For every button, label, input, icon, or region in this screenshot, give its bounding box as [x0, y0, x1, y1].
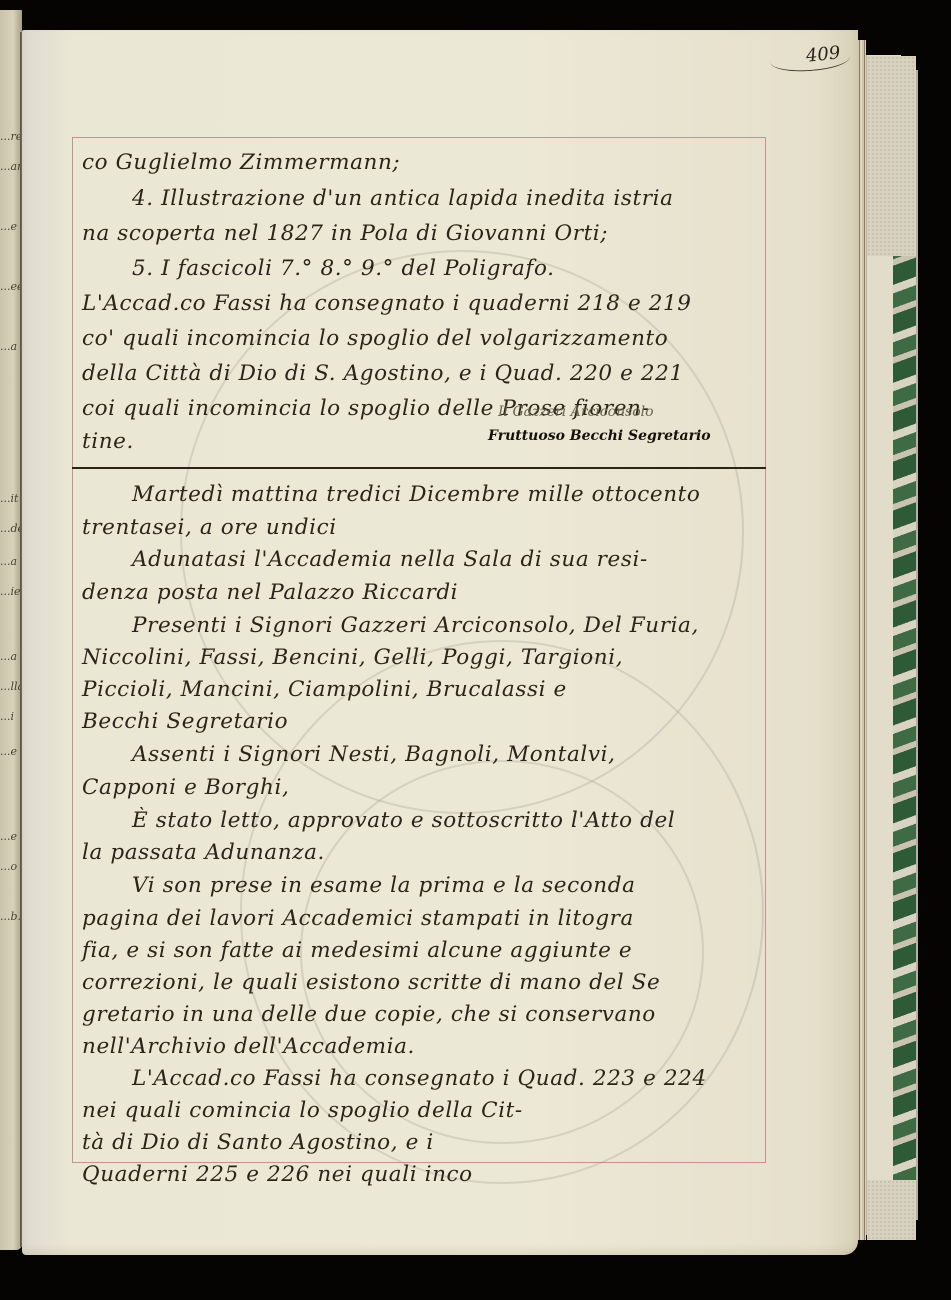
text-line: trentasei, a ore undici — [82, 515, 762, 540]
left-page-fragment: ...a — [0, 340, 17, 353]
left-page-fragment: ...re — [0, 130, 22, 143]
signature-secretary: Fruttuoso Becchi Segretario — [488, 428, 711, 444]
left-page-fragment: ...b. — [0, 910, 21, 923]
text-line: fia, e si son fatte ai medesimi alcune a… — [82, 938, 762, 963]
text-line: gretario in una delle due copie, che si … — [82, 1002, 762, 1027]
left-page-fragment: ...o — [0, 860, 17, 873]
cover-corner-top — [867, 56, 916, 256]
cover-corner-bottom — [867, 1180, 916, 1240]
left-page-fragment: ...e — [0, 220, 17, 233]
text-line: la passata Adunanza. — [82, 840, 762, 865]
text-line: 5. I fascicoli 7.° 8.° 9.° del Poligrafo… — [82, 256, 762, 281]
text-line: È stato letto, approvato e sottoscritto … — [82, 808, 762, 833]
text-line: coi quali incomincia lo spoglio delle Pr… — [82, 396, 762, 421]
text-line: Capponi e Borghi, — [82, 775, 762, 800]
text-line: L'Accad.co Fassi ha consegnato i Quad. 2… — [82, 1066, 762, 1091]
previous-page-edge: ...re ...am ...e ...ee, ...a ...it ...de… — [0, 10, 22, 1250]
text-line: Piccioli, Mancini, Ciampolini, Brucalass… — [82, 677, 762, 702]
left-page-fragment: ...e — [0, 830, 17, 843]
left-page-fragment: ...a — [0, 650, 17, 663]
text-line: Quaderni 225 e 226 nei quali inco — [82, 1162, 762, 1187]
left-page-fragment: ...e — [0, 745, 17, 758]
text-line: Assenti i Signori Nesti, Bagnoli, Montal… — [82, 742, 762, 767]
text-line: Vi son prese in esame la prima e la seco… — [82, 873, 762, 898]
text-line: 4. Illustrazione d'un antica lapida ined… — [82, 186, 762, 211]
marbled-cover-edge — [893, 70, 918, 1220]
text-line: tà di Dio di Santo Agostino, e i — [82, 1130, 762, 1155]
text-line: L'Accad.co Fassi ha consegnato i quadern… — [82, 291, 762, 316]
text-line: nell'Archivio dell'Accademia. — [82, 1034, 762, 1059]
left-page-fragment: ...a — [0, 555, 17, 568]
text-line: nei quali comincia lo spoglio della Cit- — [82, 1098, 762, 1123]
entry-divider-line — [72, 467, 766, 469]
text-line: co Guglielmo Zimmermann; — [82, 150, 762, 175]
text-line: Becchi Segretario — [82, 709, 762, 734]
text-line: Presenti i Signori Gazzeri Arciconsolo, … — [82, 613, 762, 638]
text-line: Martedì mattina tredici Dicembre mille o… — [82, 482, 762, 507]
text-line: Niccolini, Fassi, Bencini, Gelli, Poggi,… — [82, 645, 762, 670]
left-page-fragment: ...i — [0, 710, 14, 723]
signature-president: Il Gazzeri Arciconsolo — [498, 404, 654, 420]
page-number: 409 — [805, 42, 841, 66]
text-line: co' quali incomincia lo spoglio del volg… — [82, 326, 762, 351]
text-line: pagina dei lavori Accademici stampati in… — [82, 906, 762, 931]
text-line: na scoperta nel 1827 in Pola di Giovanni… — [82, 221, 762, 246]
text-line: Adunatasi l'Accademia nella Sala di sua … — [82, 547, 762, 572]
text-line: della Città di Dio di S. Agostino, e i Q… — [82, 361, 762, 386]
text-line: denza posta nel Palazzo Riccardi — [82, 580, 762, 605]
left-page-fragment: ...it — [0, 492, 18, 505]
text-line: correzioni, le quali esistono scritte di… — [82, 970, 762, 995]
